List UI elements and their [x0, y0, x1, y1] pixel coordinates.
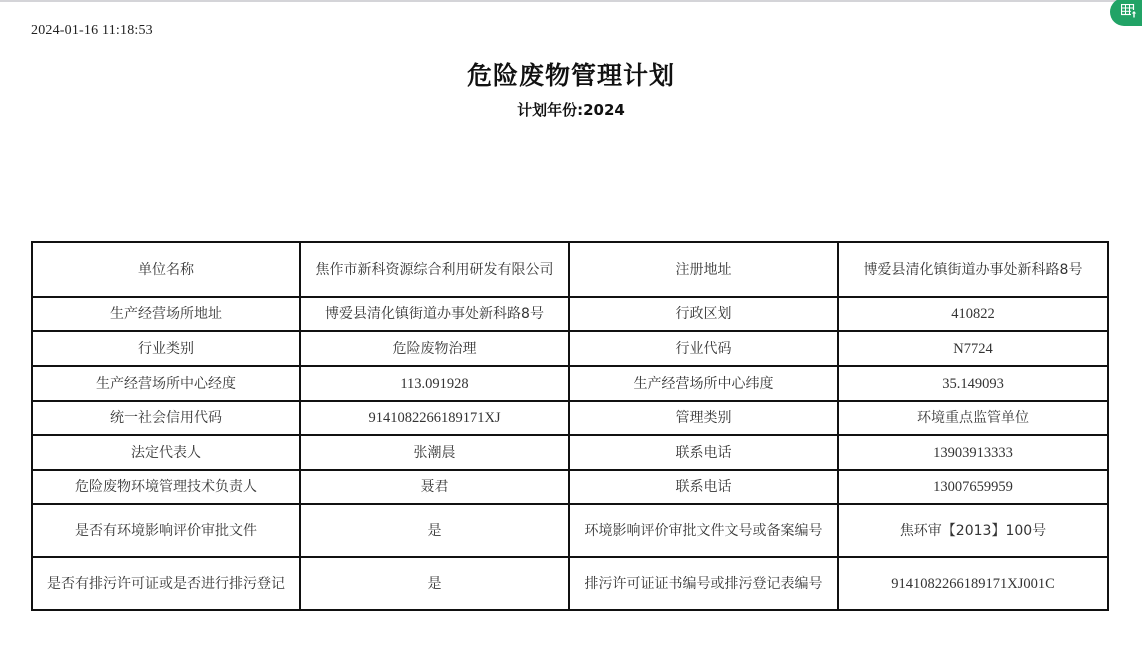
label-cell: 联系电话: [569, 435, 838, 470]
value-cell: 聂君: [300, 470, 569, 504]
value-cell: 环境重点监管单位: [838, 401, 1108, 435]
print-timestamp: 2024-01-16 11:18:53: [31, 23, 153, 39]
value-cell: 9141082266189171XJ: [300, 401, 569, 435]
label-cell: 联系电话: [569, 470, 838, 504]
label-cell: 生产经营场所中心经度: [32, 366, 300, 401]
label-cell: 行业类别: [32, 331, 300, 366]
table-row: 危险废物环境管理技术负责人 聂君 联系电话 13007659959: [32, 470, 1108, 504]
value-cell: 博爱县清化镇街道办事处新科路8号: [300, 297, 569, 331]
table-row: 统一社会信用代码 9141082266189171XJ 管理类别 环境重点监管单…: [32, 401, 1108, 435]
label-cell: 环境影响评价审批文件文号或备案编号: [569, 504, 838, 557]
label-cell: 注册地址: [569, 242, 838, 297]
label-cell: 单位名称: [32, 242, 300, 297]
label-cell: 是否有环境影响评价审批文件: [32, 504, 300, 557]
value-cell: 危险废物治理: [300, 331, 569, 366]
label-cell: 排污许可证证书编号或排污登记表编号: [569, 557, 838, 610]
value-cell: N7724: [838, 331, 1108, 366]
label-cell: 统一社会信用代码: [32, 401, 300, 435]
excel-export-icon: [1121, 3, 1137, 22]
page-title: 危险废物管理计划: [0, 56, 1142, 92]
value-cell: 焦作市新科资源综合利用研发有限公司: [300, 242, 569, 297]
value-cell: 是: [300, 557, 569, 610]
top-border: [0, 0, 1142, 2]
value-cell: 13903913333: [838, 435, 1108, 470]
export-excel-button[interactable]: [1110, 0, 1142, 26]
value-cell: 13007659959: [838, 470, 1108, 504]
label-cell: 生产经营场所地址: [32, 297, 300, 331]
label-cell: 法定代表人: [32, 435, 300, 470]
table-row: 法定代表人 张潮晨 联系电话 13903913333: [32, 435, 1108, 470]
value-cell: 113.091928: [300, 366, 569, 401]
value-cell: 是: [300, 504, 569, 557]
label-cell: 行政区划: [569, 297, 838, 331]
value-cell: 张潮晨: [300, 435, 569, 470]
table-row: 生产经营场所中心经度 113.091928 生产经营场所中心纬度 35.1490…: [32, 366, 1108, 401]
label-cell: 危险废物环境管理技术负责人: [32, 470, 300, 504]
value-cell: 焦环审【2013】100号: [838, 504, 1108, 557]
value-cell: 9141082266189171XJ001C: [838, 557, 1108, 610]
value-cell: 35.149093: [838, 366, 1108, 401]
label-cell: 是否有排污许可证或是否进行排污登记: [32, 557, 300, 610]
table-row: 生产经营场所地址 博爱县清化镇街道办事处新科路8号 行政区划 410822: [32, 297, 1108, 331]
company-info-table: 单位名称 焦作市新科资源综合利用研发有限公司 注册地址 博爱县清化镇街道办事处新…: [31, 241, 1109, 611]
value-cell: 410822: [838, 297, 1108, 331]
label-cell: 行业代码: [569, 331, 838, 366]
value-cell: 博爱县清化镇街道办事处新科路8号: [838, 242, 1108, 297]
table-row: 行业类别 危险废物治理 行业代码 N7724: [32, 331, 1108, 366]
table-row: 是否有排污许可证或是否进行排污登记 是 排污许可证证书编号或排污登记表编号 91…: [32, 557, 1108, 610]
plan-year: 计划年份:2024: [0, 99, 1142, 120]
label-cell: 管理类别: [569, 401, 838, 435]
table-row: 单位名称 焦作市新科资源综合利用研发有限公司 注册地址 博爱县清化镇街道办事处新…: [32, 242, 1108, 297]
label-cell: 生产经营场所中心纬度: [569, 366, 838, 401]
table-row: 是否有环境影响评价审批文件 是 环境影响评价审批文件文号或备案编号 焦环审【20…: [32, 504, 1108, 557]
